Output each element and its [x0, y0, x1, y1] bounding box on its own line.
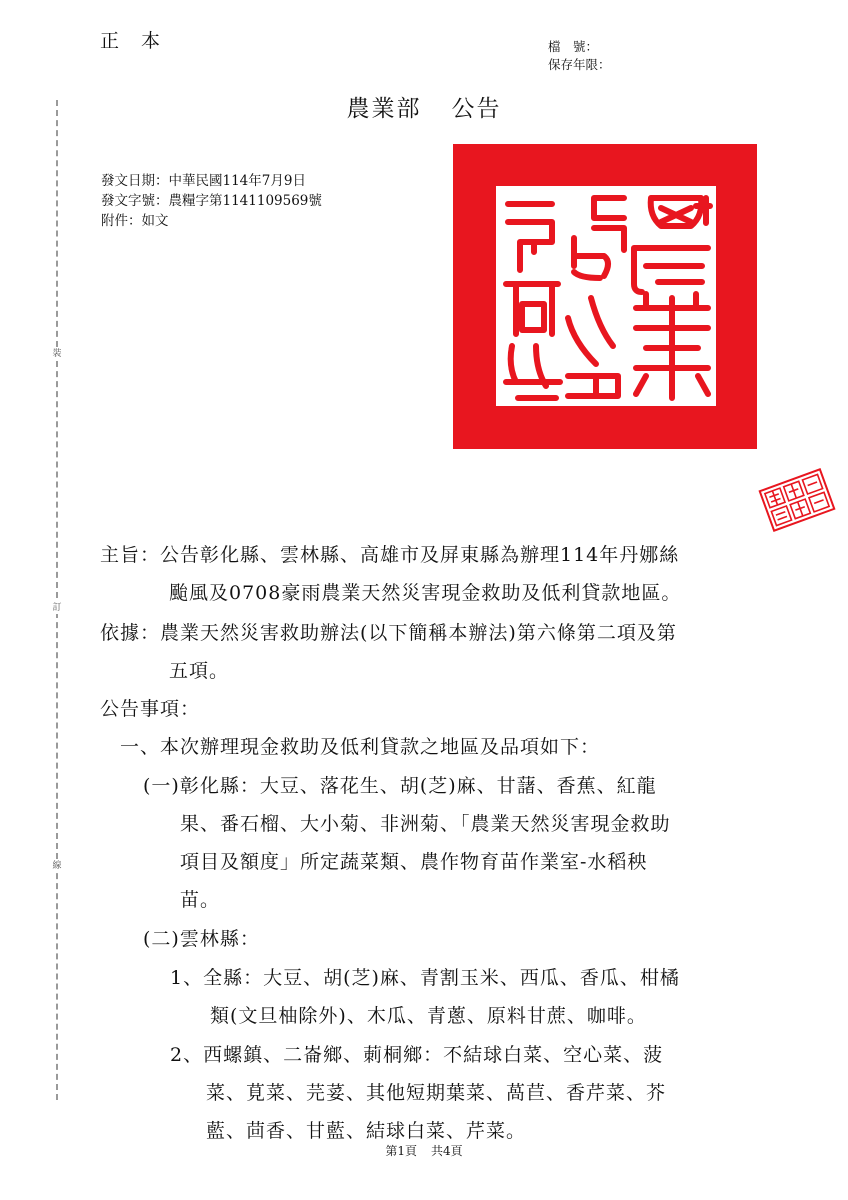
seal-inner [496, 186, 716, 406]
binding-char-zhuang: 裝 [48, 348, 66, 360]
issue-date: 發文日期：中華民國114年7月9日 [101, 171, 322, 191]
page-total: 共4頁 [431, 1144, 463, 1158]
page-current: 第1頁 [385, 1144, 417, 1158]
changhua-line-4: 苗。 [180, 885, 220, 912]
title-doc-type: 公告 [452, 96, 502, 122]
subject-line-2: 颱風及0708豪雨農業天然災害現金救助及低利貸款地區。 [169, 578, 681, 605]
retention-period-label: 保存年限： [548, 56, 611, 74]
page-title: 農業部公告 [0, 90, 848, 123]
file-info: 檔 號： 保存年限： [548, 38, 611, 74]
seal-glyphs-icon [496, 186, 716, 406]
yunlin-item-1-line-2: 類(文旦柚除外)、木瓜、青蔥、原料甘蔗、咖啡。 [210, 1001, 647, 1028]
yunlin-item-1-line-1: 1、全縣：大豆、胡(芝)麻、青割玉米、西瓜、香瓜、柑橘 [170, 963, 680, 990]
changhua-line-1: (一)彰化縣：大豆、落花生、胡(芝)麻、甘藷、香蕉、紅龍 [143, 771, 657, 798]
document-number: 發文字號：農糧字第1141109569號 [101, 191, 322, 211]
changhua-line-2: 果、番石榴、大小菊、非洲菊、「農業天然災害現金救助 [180, 809, 671, 836]
basis-line-1: 依據：農業天然災害救助辦法(以下簡稱本辦法)第六條第二項及第 [100, 618, 677, 645]
official-seal-stamp [453, 144, 757, 449]
yunlin-heading: (二)雲林縣： [143, 924, 260, 951]
attachment: 附件：如文 [101, 211, 322, 231]
binding-char-xian: 線 [48, 860, 66, 872]
item-1-heading: 一、本次辦理現金救助及低利貸款之地區及品項如下： [120, 732, 600, 759]
copy-mark: 正本 [100, 26, 182, 53]
yunlin-item-2-line-2: 菜、莧菜、芫荽、其他短期葉菜、萵苣、香芹菜、芥 [206, 1078, 666, 1105]
changhua-line-3: 項目及額度」所定蔬菜類、農作物育苗作業室-水稻秧 [180, 847, 647, 874]
document-meta: 發文日期：中華民國114年7月9日 發文字號：農糧字第1141109569號 附… [101, 171, 322, 231]
binding-line [56, 100, 58, 1100]
file-number-label: 檔 號： [548, 38, 611, 56]
title-org: 農業部 [347, 96, 422, 122]
basis-line-2: 五項。 [169, 656, 229, 683]
notice-items-heading: 公告事項： [100, 694, 200, 721]
yunlin-item-2-line-1: 2、西螺鎮、二崙鄉、莿桐鄉：不結球白菜、空心菜、菠 [170, 1040, 663, 1067]
minister-seal-stamp [758, 468, 835, 532]
subject-line-1: 主旨：公告彰化縣、雲林縣、高雄市及屏東縣為辦理114年丹娜絲 [100, 540, 679, 567]
small-seal-glyphs-icon [761, 471, 833, 530]
page-footer: 第1頁共4頁 [0, 1142, 848, 1159]
binding-char-ding: 訂 [48, 602, 66, 614]
yunlin-item-2-line-3: 藍、茴香、甘藍、結球白菜、芹菜。 [206, 1116, 526, 1143]
